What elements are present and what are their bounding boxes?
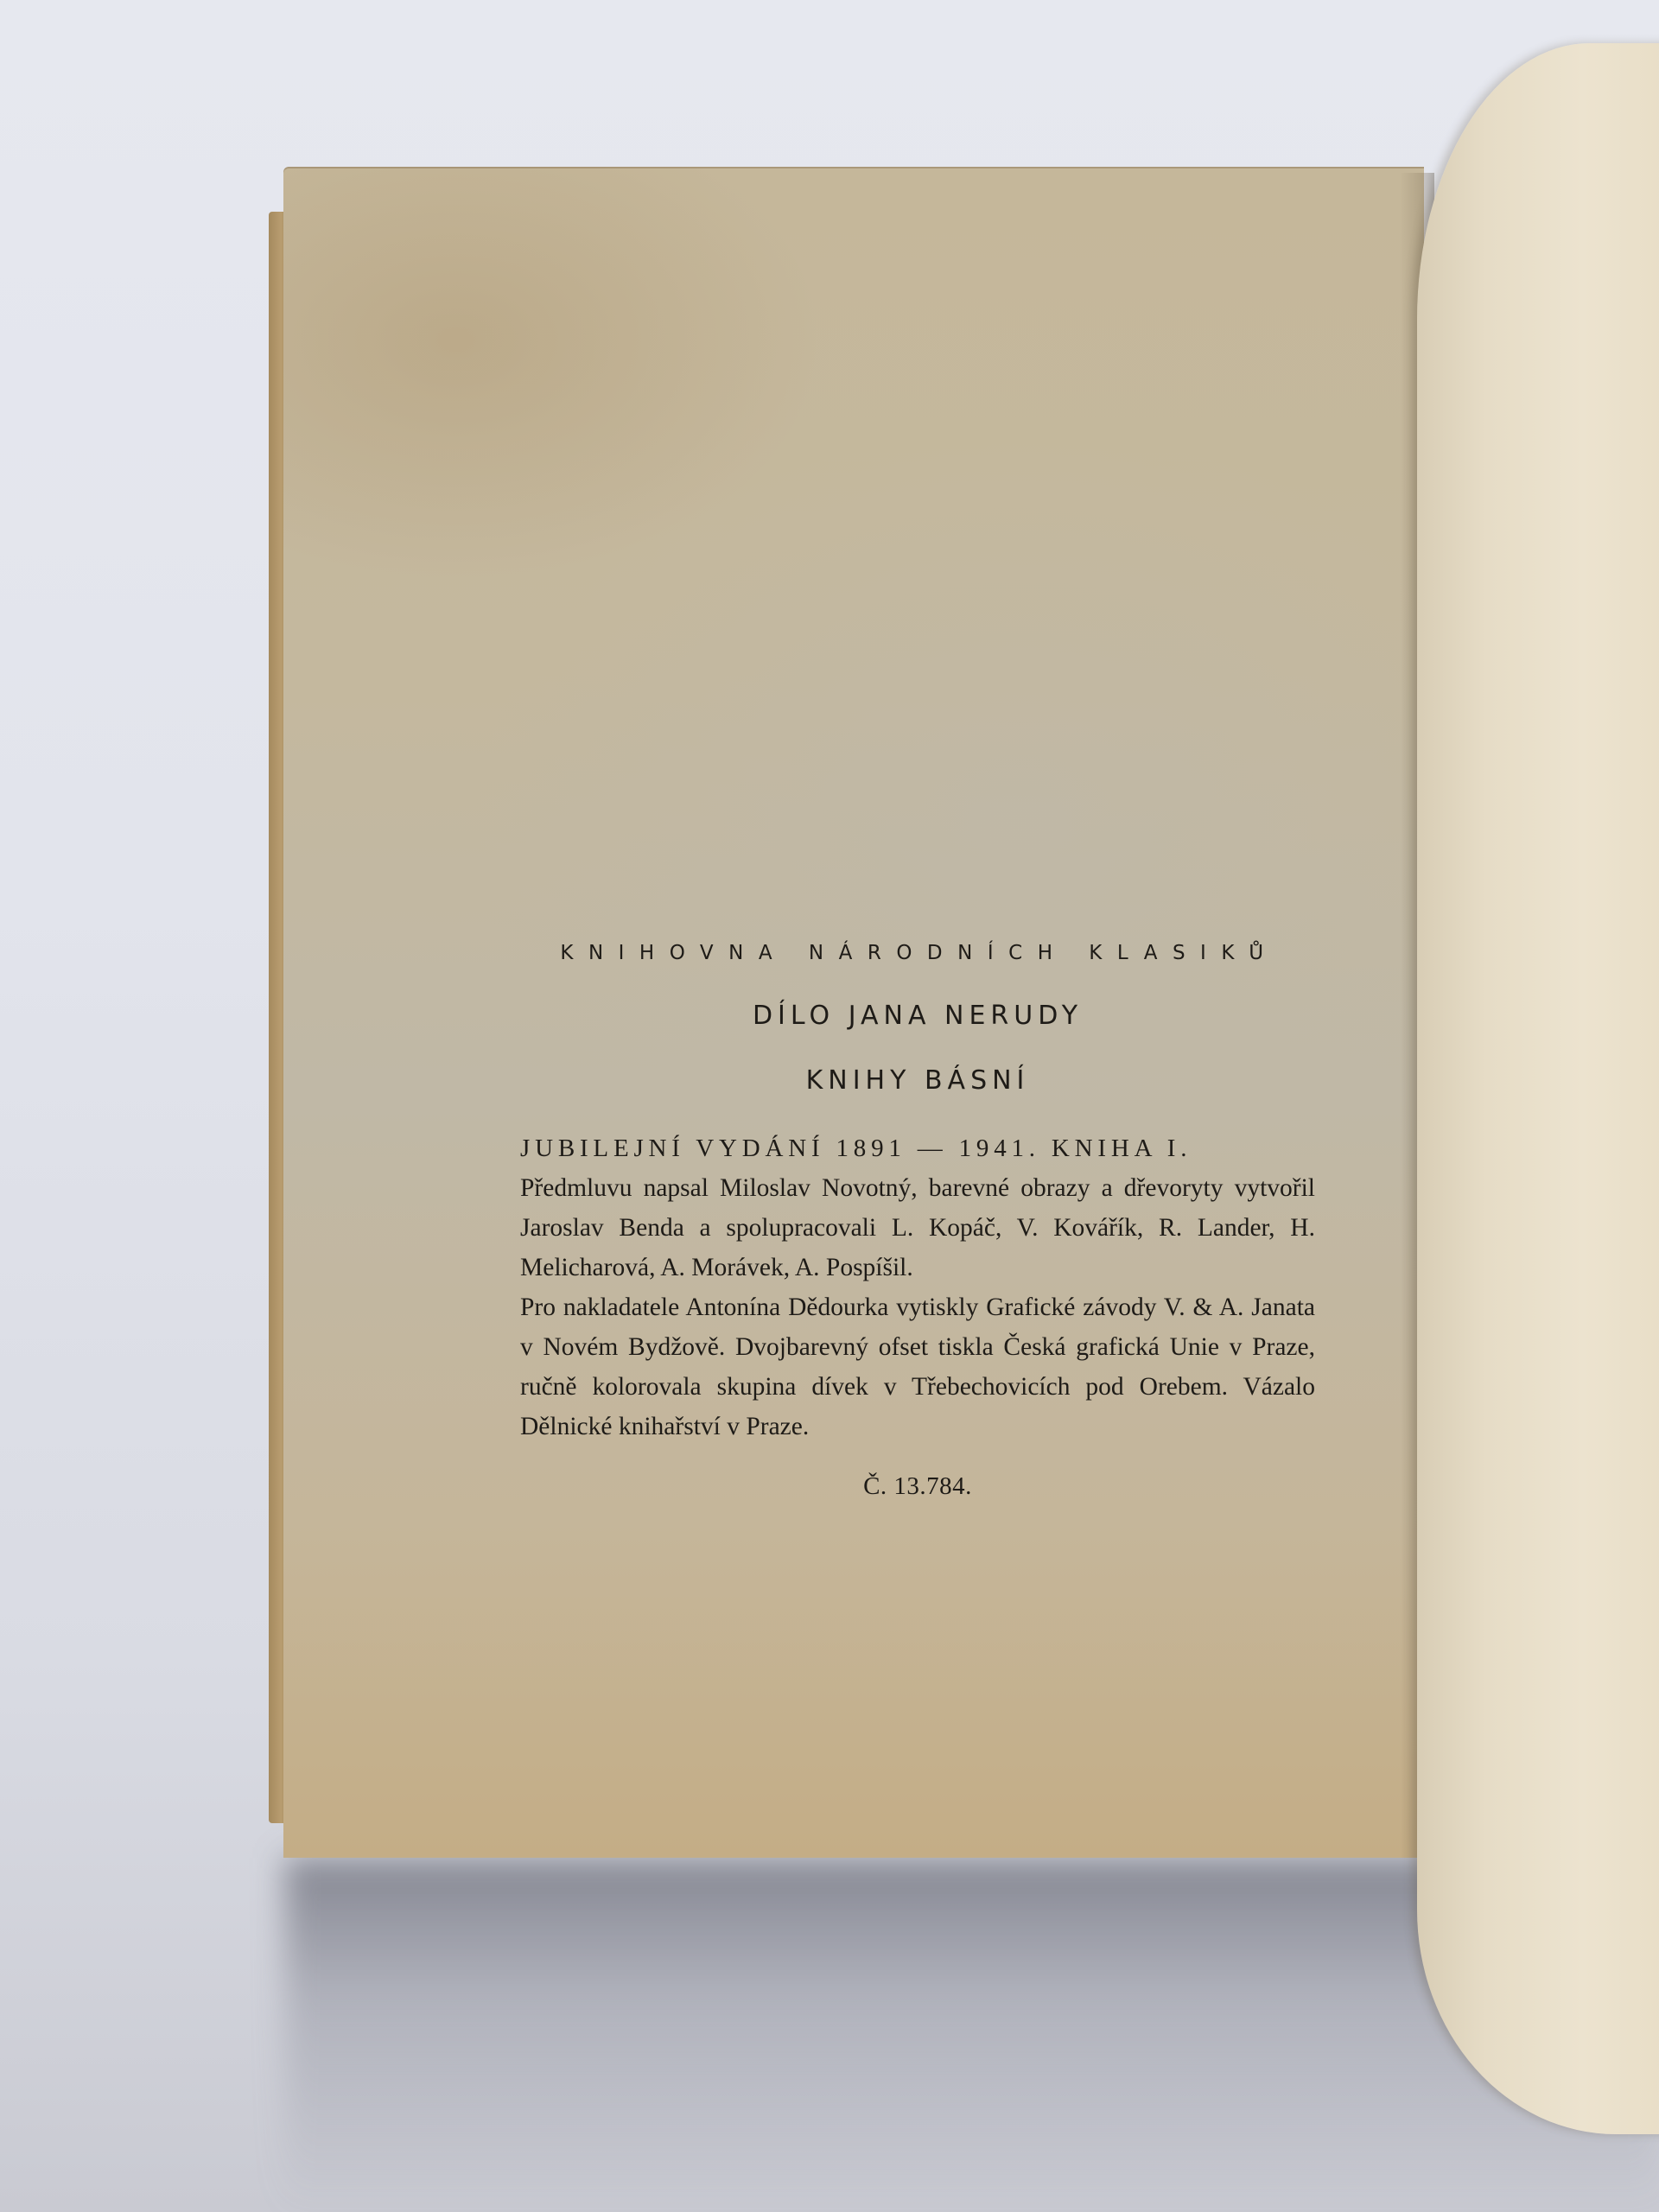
volume-title: KNIHY BÁSNÍ xyxy=(520,1065,1315,1096)
imprint: JUBILEJNÍ VYDÁNÍ 1891 — 1941. KNIHA I. P… xyxy=(520,1128,1315,1446)
edition-line: JUBILEJNÍ VYDÁNÍ 1891 — 1941. KNIHA I. xyxy=(520,1128,1315,1168)
catalog-number: Č. 13.784. xyxy=(520,1472,1315,1501)
printing-paragraph: Pro nakladatele Antonína Dědourka vytisk… xyxy=(520,1287,1315,1446)
credits-paragraph: Předmluvu napsal Miloslav Novotný, barev… xyxy=(520,1168,1315,1287)
book-page-right-curled xyxy=(1417,43,1659,2134)
colophon-text-block: KNIHOVNA NÁRODNÍCH KLASIKŮ DÍLO JANA NER… xyxy=(520,942,1315,1526)
work-title: DÍLO JANA NERUDY xyxy=(520,1001,1315,1031)
series-title: KNIHOVNA NÁRODNÍCH KLASIKŮ xyxy=(513,942,1325,964)
